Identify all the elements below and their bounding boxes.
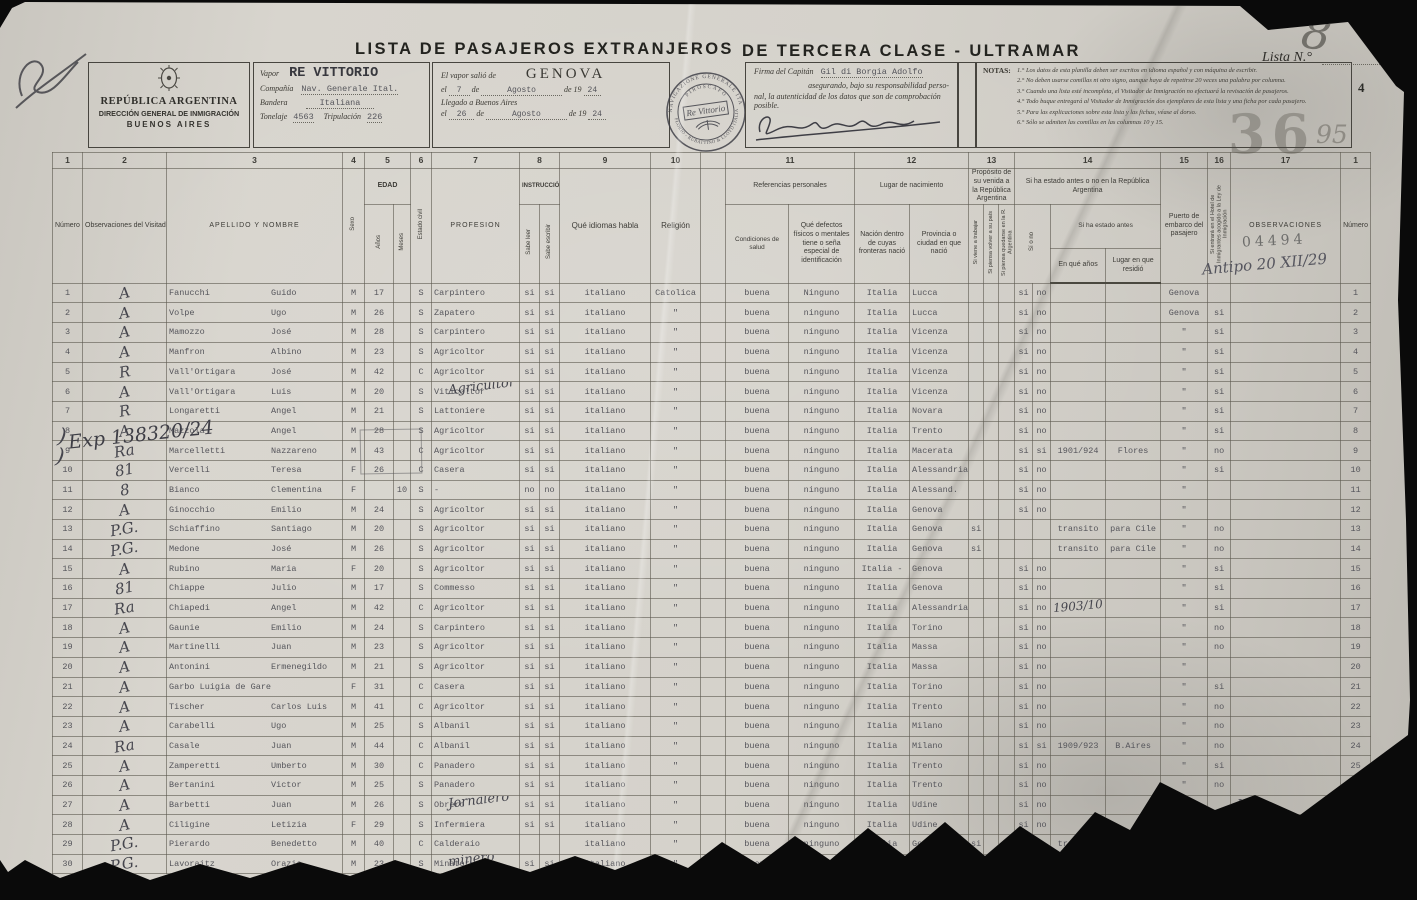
cell-obs-visitador: A xyxy=(83,815,167,835)
cell-sexo: M xyxy=(343,382,365,402)
cell-sexo: M xyxy=(343,500,365,520)
cell-observaciones xyxy=(1231,736,1341,756)
cell-orden: 15 xyxy=(53,559,83,579)
table-row: 20 A AntoniniErmenegildo M 21 S Agricolt… xyxy=(53,657,1371,677)
cell-estado-si: si xyxy=(1015,382,1033,402)
cell-defectos: ninguno xyxy=(789,677,855,697)
cell-meses xyxy=(394,401,411,421)
cell-lugar-residio xyxy=(1106,716,1161,736)
cell-nacion: Italia xyxy=(855,716,910,736)
cell-profesion: ViticoltorAgricultor xyxy=(432,382,520,402)
cell-blank xyxy=(701,500,726,520)
cell-estado-civil: C xyxy=(411,835,432,855)
tonelaje-value: 4563 xyxy=(293,112,313,123)
svg-text:PIROSCAFO: PIROSCAFO xyxy=(683,81,728,104)
cell-lugar-residio xyxy=(1106,283,1161,303)
table-row: 8 A MazzolaAngel M 28 S Agricoltor si si… xyxy=(53,421,1371,441)
cell-puerto: " xyxy=(1161,539,1208,559)
cell-nacion: Italia xyxy=(855,441,910,461)
cell-proposito xyxy=(969,421,984,441)
cell-proposito-c xyxy=(999,677,1015,697)
table-row: 9 Ra MarcellettiNazzareno M 43 C Agricol… xyxy=(53,441,1371,461)
cell-orden-2: 7 xyxy=(1341,401,1371,421)
cell-provincia: Genova xyxy=(910,579,969,599)
table-row: 1 A FanucchiGuido M 17 S Carpintero si s… xyxy=(53,283,1371,303)
cell-idioma: italiano xyxy=(560,520,651,540)
cell-meses xyxy=(394,342,411,362)
cell-meses xyxy=(394,559,411,579)
cell-nombre: RubinoMaria xyxy=(167,559,343,579)
cell-salud: buena xyxy=(726,401,789,421)
cell-proposito-c xyxy=(999,441,1015,461)
cell-proposito xyxy=(969,500,984,520)
cell-religion: " xyxy=(651,539,701,559)
cell-proposito: si xyxy=(969,854,984,874)
cell-estado-civil: S xyxy=(411,303,432,323)
cell-sabe-escribir: si xyxy=(540,736,560,756)
cell-religion: " xyxy=(651,756,701,776)
table-row: 7 R LongarettiAngel M 21 S Lattoniere si… xyxy=(53,401,1371,421)
cell-idioma: italiano xyxy=(560,756,651,776)
cell-proposito-c xyxy=(999,520,1015,540)
captain-box: Firma del Capitán Gil di Borgia Adolfo a… xyxy=(745,62,958,148)
cell-salud: buena xyxy=(726,441,789,461)
cell-profesion: Albanil xyxy=(432,736,520,756)
cell-meses xyxy=(394,382,411,402)
cell-proposito-c xyxy=(999,835,1015,855)
cell-en-que-anios: transito xyxy=(1051,539,1106,559)
cell-meses xyxy=(394,500,411,520)
cell-orden-2: 2 xyxy=(1341,303,1371,323)
cell-blank xyxy=(701,323,726,343)
cell-hotel: si xyxy=(1208,382,1231,402)
cell-proposito-c xyxy=(999,815,1015,835)
lleg-dia: 26 xyxy=(449,110,475,120)
cell-profesion: Carpintero xyxy=(432,283,520,303)
agency-box: REPÚBLICA ARGENTINA DIRECCIÓN GENERAL DE… xyxy=(88,62,250,148)
cell-proposito-b xyxy=(984,323,999,343)
cell-blank xyxy=(701,854,726,874)
cell-profesion: Zapatero xyxy=(432,303,520,323)
cell-meses xyxy=(394,520,411,540)
cell-defectos: ninguno xyxy=(789,441,855,461)
cell-defectos: ninguno xyxy=(789,835,855,855)
cell-defectos: ninguno xyxy=(789,401,855,421)
cell-meses xyxy=(394,775,411,795)
cell-sexo: M xyxy=(343,775,365,795)
cell-anios: 26 xyxy=(365,303,394,323)
cell-proposito-c xyxy=(999,460,1015,480)
cell-sexo: M xyxy=(343,323,365,343)
cell-observaciones xyxy=(1231,579,1341,599)
shipping-line-stamp: NAVIGAZIONE GENERALE ITALIANA FLORIO - R… xyxy=(659,65,754,160)
cell-defectos: ninguno xyxy=(789,323,855,343)
cell-nombre: Garbo Luigia de Garetto xyxy=(167,677,343,697)
cell-blank xyxy=(701,736,726,756)
cell-proposito xyxy=(969,795,984,815)
cell-estado-civil: S xyxy=(411,716,432,736)
cell-estado-si xyxy=(1015,539,1033,559)
cell-estado-civil: C xyxy=(411,736,432,756)
cell-obs-visitador: A xyxy=(83,500,167,520)
cell-sabe-escribir: si xyxy=(540,677,560,697)
cell-nombre: Vall'OrtigaraJosé xyxy=(167,362,343,382)
svg-text:Re Vittorio: Re Vittorio xyxy=(685,103,727,119)
cell-proposito-b xyxy=(984,421,999,441)
sub-si-o-no: Sí o no xyxy=(1015,205,1051,284)
cell-nacion: Italia - xyxy=(855,559,910,579)
cell-defectos: ninguno xyxy=(789,815,855,835)
cell-puerto: " xyxy=(1161,323,1208,343)
cell-orden-2: 22 xyxy=(1341,697,1371,717)
col-numero: Número de orden xyxy=(53,169,83,284)
cell-proposito-b xyxy=(984,815,999,835)
cell-estado-si: si xyxy=(1015,342,1033,362)
cell-proposito xyxy=(969,342,984,362)
cell-sabe-leer: si xyxy=(520,677,540,697)
cell-nombre: AntoniniErmenegildo xyxy=(167,657,343,677)
cell-salud: buena xyxy=(726,775,789,795)
cell-en-que-anios xyxy=(1051,579,1106,599)
cell-nacion: Italia xyxy=(855,795,910,815)
cell-idioma: italiano xyxy=(560,677,651,697)
cell-en-que-anios: transito xyxy=(1051,520,1106,540)
cell-hotel: no xyxy=(1208,441,1231,461)
cell-orden-2: 11 xyxy=(1341,480,1371,500)
cell-observaciones xyxy=(1231,775,1341,795)
cell-en-que-anios: 1909/923 xyxy=(1051,736,1106,756)
cell-blank xyxy=(701,716,726,736)
cell-hotel: si xyxy=(1208,460,1231,480)
cell-lugar-residio xyxy=(1106,401,1161,421)
cell-hotel: no xyxy=(1208,775,1231,795)
cell-sabe-leer: si xyxy=(520,441,540,461)
cell-idioma: italiano xyxy=(560,835,651,855)
cell-provincia: Massa xyxy=(910,657,969,677)
cell-nombre: MarcellettiNazzareno xyxy=(167,441,343,461)
col-sexo: Sexo xyxy=(343,169,365,284)
cell-lugar-residio xyxy=(1106,618,1161,638)
vapor-label: Vapor xyxy=(260,69,279,78)
captain-name: Gil di Borgia Adolfo xyxy=(821,67,923,78)
cell-blank xyxy=(701,520,726,540)
cell-salud: buena xyxy=(726,539,789,559)
cell-lugar-residio: B.Aires xyxy=(1106,736,1161,756)
cell-defectos: ninguno xyxy=(789,500,855,520)
cell-en-que-anios xyxy=(1051,618,1106,638)
cell-estado-civil: S xyxy=(411,283,432,303)
cell-provincia: Trento xyxy=(910,421,969,441)
cell-estado-civil: S xyxy=(411,638,432,658)
cell-sexo: M xyxy=(343,598,365,618)
paper-sheet: LISTA DE PASAJEROS EXTRANJEROS DE TERCER… xyxy=(0,0,1417,900)
cell-puerto: " xyxy=(1161,520,1208,540)
cell-idioma: italiano xyxy=(560,559,651,579)
cell-orden: 23 xyxy=(53,716,83,736)
cell-proposito-c xyxy=(999,303,1015,323)
cell-estado-si: si xyxy=(1015,323,1033,343)
cell-nombre: FanucchiGuido xyxy=(167,283,343,303)
cell-estado-civil: S xyxy=(411,520,432,540)
cell-idioma: italiano xyxy=(560,460,651,480)
cell-puerto: " xyxy=(1161,362,1208,382)
cell-religion: " xyxy=(651,815,701,835)
cell-defectos: ninguno xyxy=(789,618,855,638)
cell-sabe-escribir: si xyxy=(540,401,560,421)
col-apellido-nombre: APELLIDO Y NOMBRE xyxy=(167,169,343,284)
col-proposito-group: Propósito de su venida a la República Ar… xyxy=(969,169,1015,205)
cell-sabe-leer: si xyxy=(520,559,540,579)
nota-item: 2.° No deben usarse comillas ni otro sig… xyxy=(1017,76,1345,86)
cell-hotel: no xyxy=(1208,618,1231,638)
compania-value: Nav. Generale Ital. xyxy=(301,84,398,95)
cell-observaciones xyxy=(1231,500,1341,520)
cell-religion: " xyxy=(651,559,701,579)
cell-nacion: Italia xyxy=(855,598,910,618)
cell-orden-2: 26 xyxy=(1341,775,1371,795)
cell-lugar-residio xyxy=(1106,421,1161,441)
cell-nombre: GinocchioEmilio xyxy=(167,500,343,520)
cell-estado-civil: S xyxy=(411,775,432,795)
cell-salud: buena xyxy=(726,657,789,677)
cell-provincia: Macerata xyxy=(910,441,969,461)
table-row: 21 A Garbo Luigia de Garetto F 31 C Case… xyxy=(53,677,1371,697)
cell-hotel: si xyxy=(1208,342,1231,362)
voyage-box: El vapor salió de GENOVA el 7 de Agosto … xyxy=(432,62,670,148)
cell-sexo: M xyxy=(343,795,365,815)
cell-proposito-b xyxy=(984,480,999,500)
cell-salud: buena xyxy=(726,500,789,520)
corner-scribble-mark xyxy=(8,44,98,110)
cell-meses xyxy=(394,283,411,303)
cell-idioma: italiano xyxy=(560,342,651,362)
cell-hotel: no xyxy=(1208,697,1231,717)
cell-nacion: Italia xyxy=(855,618,910,638)
col-nacimiento-group: Lugar de nacimiento xyxy=(855,169,969,205)
cell-blank xyxy=(701,559,726,579)
cell-estado-no: no xyxy=(1033,579,1051,599)
cell-obs-visitador: A xyxy=(83,716,167,736)
cell-religion: " xyxy=(651,736,701,756)
cell-proposito xyxy=(969,638,984,658)
cell-proposito-c xyxy=(999,697,1015,717)
cell-observaciones xyxy=(1231,677,1341,697)
cell-en-que-anios xyxy=(1051,657,1106,677)
table-row: 11 8 BiancoClementina F 10 S - no no ita… xyxy=(53,480,1371,500)
cell-estado-si: si xyxy=(1015,598,1033,618)
sub-proposito-a: Si viene a trabajar xyxy=(969,205,984,284)
cell-observaciones xyxy=(1231,441,1341,461)
cell-orden: 19 xyxy=(53,638,83,658)
cell-sabe-escribir: si xyxy=(540,775,560,795)
edad-pencil-box xyxy=(360,428,423,474)
cell-sabe-escribir: si xyxy=(540,559,560,579)
cell-orden-2: 25 xyxy=(1341,756,1371,776)
cell-hotel xyxy=(1208,500,1231,520)
cell-profesion: Agricoltor xyxy=(432,638,520,658)
cell-lugar-residio xyxy=(1106,500,1161,520)
table-row: 2 A VolpeUgo M 26 S Zapatero si si itali… xyxy=(53,303,1371,323)
table-row: 16 81 ChiappeJulio M 17 S Commesso si si… xyxy=(53,579,1371,599)
cell-provincia: Trento xyxy=(910,697,969,717)
cell-proposito-b xyxy=(984,638,999,658)
col-profesion: PROFESION xyxy=(432,169,520,284)
de-label2: de xyxy=(476,109,484,118)
cell-nacion: Italia xyxy=(855,854,910,874)
cell-provincia: Genova xyxy=(910,559,969,579)
cell-salud: buena xyxy=(726,520,789,540)
cell-religion: Catolica xyxy=(651,283,701,303)
sub-en-que-anios: En qué años xyxy=(1051,249,1106,284)
cell-sabe-leer: si xyxy=(520,283,540,303)
cell-proposito-b xyxy=(984,716,999,736)
cell-proposito-b xyxy=(984,362,999,382)
cell-blank xyxy=(701,638,726,658)
cell-meses xyxy=(394,815,411,835)
cell-lugar-residio xyxy=(1106,480,1161,500)
cell-lugar-residio: Flores xyxy=(1106,441,1161,461)
cell-orden: 30 xyxy=(53,854,83,874)
cell-proposito xyxy=(969,579,984,599)
cell-proposito xyxy=(969,736,984,756)
cell-salud: buena xyxy=(726,736,789,756)
cell-sabe-leer: si xyxy=(520,657,540,677)
cell-hotel: si xyxy=(1208,598,1231,618)
cell-proposito-b xyxy=(984,598,999,618)
cell-defectos: ninguno xyxy=(789,775,855,795)
cell-proposito-c xyxy=(999,421,1015,441)
cell-proposito-c xyxy=(999,500,1015,520)
cell-provincia: Massa xyxy=(910,638,969,658)
cell-orden: 17 xyxy=(53,598,83,618)
cell-nacion: Italia xyxy=(855,677,910,697)
cell-orden: 3 xyxy=(53,323,83,343)
cell-sabe-escribir: si xyxy=(540,323,560,343)
col-estado-antes-group: Si ha estado antes o no en la República … xyxy=(1015,169,1161,205)
cell-idioma: italiano xyxy=(560,854,651,874)
col-estado-civil: Estado civil xyxy=(411,169,432,284)
sub-ha-estado-antes: Si ha estado antes xyxy=(1051,205,1161,249)
table-row: 26 A BertaniniVictor M 25 S Panadero si … xyxy=(53,775,1371,795)
cell-puerto: " xyxy=(1161,775,1208,795)
sub-anios: Años xyxy=(365,205,394,284)
cell-en-que-anios xyxy=(1051,716,1106,736)
cell-puerto: " xyxy=(1161,480,1208,500)
cell-anios: 42 xyxy=(365,362,394,382)
cell-hotel: no xyxy=(1208,716,1231,736)
cell-obs-visitador: 8 xyxy=(83,480,167,500)
nota-item: 5.° Para las explicaciones sobre esta li… xyxy=(1017,108,1345,118)
cell-meses xyxy=(394,657,411,677)
cell-blank xyxy=(701,362,726,382)
cell-estado-no: no xyxy=(1033,500,1051,520)
col-observaciones-visitador: Observaciones del Visitador de Inmigraci… xyxy=(83,169,167,284)
cell-proposito xyxy=(969,756,984,776)
cell-proposito-c xyxy=(999,795,1015,815)
cell-orden: 11 xyxy=(53,480,83,500)
cell-meses xyxy=(394,854,411,874)
cell-idioma: italiano xyxy=(560,539,651,559)
argentina-coat-of-arms xyxy=(156,65,182,91)
salio-label: El vapor salió de xyxy=(441,71,496,80)
cell-observaciones: Ud xyxy=(1231,795,1341,815)
cell-blank xyxy=(701,618,726,638)
cell-estado-no: no xyxy=(1033,815,1051,835)
notas-box: NOTAS: 1.° Los datos de esta planilla de… xyxy=(976,62,1352,148)
cell-estado-no: no xyxy=(1033,480,1051,500)
cell-defectos: ninguno xyxy=(789,303,855,323)
cell-idioma: italiano xyxy=(560,362,651,382)
cell-en-que-anios xyxy=(1051,815,1106,835)
cell-meses xyxy=(394,716,411,736)
cell-obs-visitador: A xyxy=(83,342,167,362)
cell-defectos: ninguno xyxy=(789,480,855,500)
agency-department: DIRECCIÓN GENERAL DE INMIGRACIÓN xyxy=(89,109,249,118)
cell-proposito-b xyxy=(984,460,999,480)
cell-religion: " xyxy=(651,303,701,323)
cell-obs-visitador: A xyxy=(83,697,167,717)
cell-obs-visitador: Ra xyxy=(83,736,167,756)
cell-nacion: Italia xyxy=(855,283,910,303)
cell-hotel xyxy=(1208,795,1231,815)
nota-item: 4.° Todo buque entregará al Visitador de… xyxy=(1017,97,1345,107)
cell-nacion: Italia xyxy=(855,460,910,480)
cell-en-que-anios xyxy=(1051,559,1106,579)
cell-nombre: GaunieEmilio xyxy=(167,618,343,638)
cell-estado-no: no xyxy=(1033,756,1051,776)
cell-orden-2: 29 xyxy=(1341,835,1371,855)
cell-provincia: Udine xyxy=(910,795,969,815)
cell-anios: 31 xyxy=(365,677,394,697)
cell-observaciones xyxy=(1231,421,1341,441)
cell-puerto: " xyxy=(1161,854,1208,874)
cell-estado-civil: S xyxy=(411,657,432,677)
cell-profesion: Agricoltor xyxy=(432,520,520,540)
cell-anios: 29 xyxy=(365,815,394,835)
table-row: 28 A CiligineLetizia F 29 S Infermiera s… xyxy=(53,815,1371,835)
cell-proposito xyxy=(969,618,984,638)
cell-puerto: " xyxy=(1161,815,1208,835)
cell-estado-no: si xyxy=(1033,441,1051,461)
cell-defectos: ninguno xyxy=(789,657,855,677)
cell-observaciones xyxy=(1231,460,1341,480)
cell-estado-si: si xyxy=(1015,500,1033,520)
cell-salud: buena xyxy=(726,460,789,480)
lista-number-value: 8 xyxy=(1298,4,1335,62)
cell-lugar-residio xyxy=(1106,657,1161,677)
cell-proposito-b xyxy=(984,559,999,579)
cell-en-que-anios xyxy=(1051,382,1106,402)
cell-estado-si: si xyxy=(1015,775,1033,795)
cell-orden-2: 16 xyxy=(1341,579,1371,599)
cell-orden: 4 xyxy=(53,342,83,362)
cell-observaciones xyxy=(1231,480,1341,500)
cell-orden-2: 27 xyxy=(1341,795,1371,815)
cell-sexo: M xyxy=(343,303,365,323)
cell-obs-visitador: A xyxy=(83,756,167,776)
cell-sexo: M xyxy=(343,716,365,736)
cell-religion: " xyxy=(651,835,701,855)
cell-blank xyxy=(701,283,726,303)
de-label: de xyxy=(472,85,480,94)
cell-orden-2: 10 xyxy=(1341,460,1371,480)
cell-hotel: no xyxy=(1208,638,1231,658)
cell-puerto: " xyxy=(1161,657,1208,677)
cell-religion: " xyxy=(651,342,701,362)
cell-nombre: CarabelliUgo xyxy=(167,716,343,736)
cell-estado-si: si xyxy=(1015,697,1033,717)
cell-proposito-c xyxy=(999,382,1015,402)
